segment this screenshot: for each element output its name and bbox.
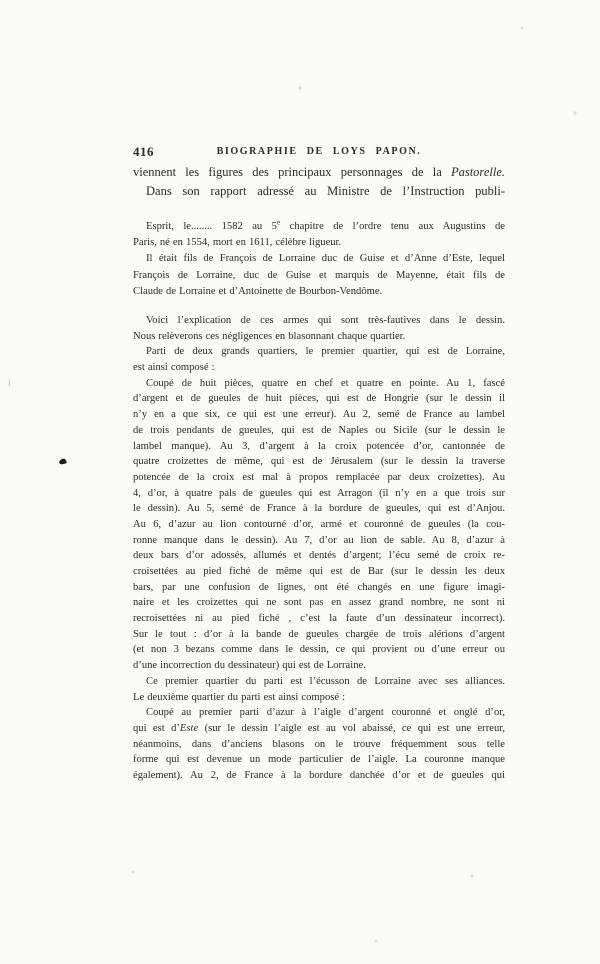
text-line: bars, par une confusion de lignes, ont é…: [133, 580, 505, 596]
text-line: Dans son rapport adressé au Ministre de …: [133, 182, 505, 201]
text-line: le dessin). Au 5, semé de France à la bo…: [133, 501, 505, 517]
text-line: est ainsi composé :: [133, 360, 505, 376]
text-line: Claude de Lorraine et d’Antoinette de Bo…: [133, 284, 505, 300]
text-line: recroisettées ni au pied fiché , c’est l…: [133, 611, 505, 627]
text-line: quatre croizettes de même, qui est de Jé…: [133, 454, 505, 470]
text-line: (et non 3 bezans comme dans le dessin, c…: [133, 642, 505, 658]
scanned-book-page: 416 BIOGRAPHIE DE LOYS PAPON. viennent l…: [0, 0, 600, 964]
text-line: 4, d’or, à quatre pals de gueules qui es…: [133, 486, 505, 502]
footnote-block-2: Voici l’explication de ces armes qui son…: [133, 313, 505, 784]
text-line: d’une incorrection du dessinateur) qui e…: [133, 658, 505, 674]
text-line: ronne manque dans le dessin). Au 7, d’or…: [133, 533, 505, 549]
text-line: Voici l’explication de ces armes qui son…: [133, 313, 505, 329]
text-line: Nous relèverons ces négligences en blaso…: [133, 329, 505, 345]
text-line: de trois pendants de gueules, qui est de…: [133, 423, 505, 439]
text-line: viennent les figures des principaux pers…: [133, 163, 505, 182]
text-line: également). Au 2, de France à la bordure…: [133, 768, 505, 784]
text-line: Parti de deux grands quartiers, le premi…: [133, 344, 505, 360]
text-line: Au 6, d’azur au lion contourné d’or, arm…: [133, 517, 505, 533]
text-line: Paris, né en 1554, mort en 1611, célèbre…: [133, 235, 505, 251]
text-line: François de Lorraine, duc de Guise et ma…: [133, 268, 505, 284]
text-line: néanmoins, dans d’anciens blasons on le …: [133, 737, 505, 753]
ink-speck-artifact: [58, 458, 66, 465]
text-line: Ce premier quartier du parti est l’écuss…: [133, 674, 505, 690]
page-header: 416 BIOGRAPHIE DE LOYS PAPON.: [133, 144, 505, 158]
text-line: d’argent et de gueules de huit pièces, q…: [133, 391, 505, 407]
text-line: Le deuxième quartier du parti est ainsi …: [133, 690, 505, 706]
text-line: lambel manque). Au 3, d’argent à la croi…: [133, 439, 505, 455]
text-line: Esprit, le........ 1582 au 5e chapitre d…: [133, 219, 505, 235]
text-line: forme qui est devenue un mode particulie…: [133, 752, 505, 768]
text-line: Sur le tout : d’or à la bande de gueules…: [133, 627, 505, 643]
text-line: croisettées au pied fiché de même qui es…: [133, 564, 505, 580]
footnote-block-1: Esprit, le........ 1582 au 5e chapitre d…: [133, 219, 505, 300]
running-title: BIOGRAPHIE DE LOYS PAPON.: [133, 146, 505, 157]
text-line: naire et les croizettes qui ne sont pas …: [133, 595, 505, 611]
text-line: potencée de la croix est mal à propos re…: [133, 470, 505, 486]
text-line: deux bars d’or adossés, allumés et denté…: [133, 548, 505, 564]
text-line: Coupé au premier parti d’azur à l’aigle …: [133, 705, 505, 721]
margin-mark-artifact: i: [8, 378, 11, 388]
text-line: Coupé de huit pièces, quatre en chef et …: [133, 376, 505, 392]
main-text-block: viennent les figures des principaux pers…: [133, 163, 505, 201]
text-line: Il était fils de François de Lorraine du…: [133, 251, 505, 267]
text-line: n’y en a que six, ce qui est une erreur)…: [133, 407, 505, 423]
text-line: qui est d’Este (sur le dessin l’aigle es…: [133, 721, 505, 737]
